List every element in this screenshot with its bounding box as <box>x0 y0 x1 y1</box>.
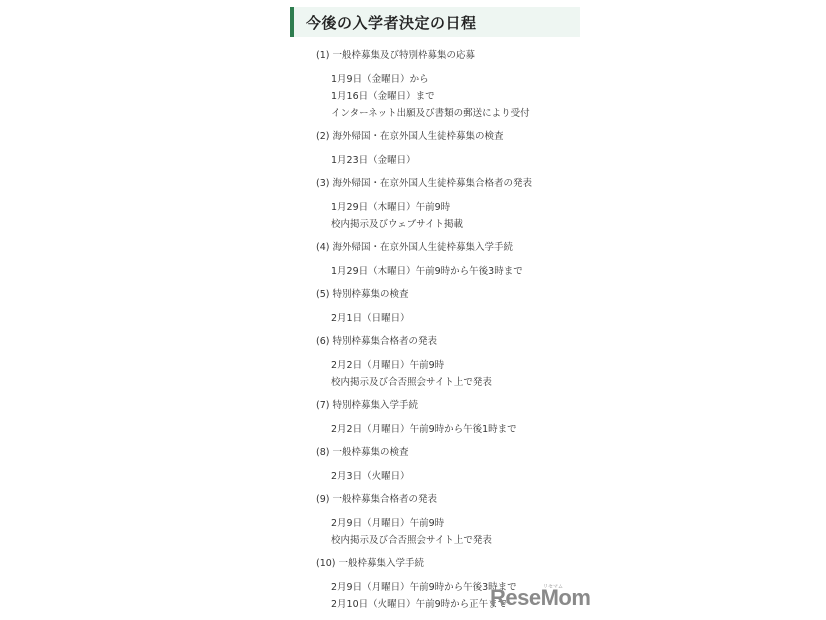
schedule-item-details: 1月29日（木曜日）午前9時 校内掲示及びウェブサイト掲載 <box>316 199 616 233</box>
schedule-item-number: (10) <box>316 556 336 572</box>
schedule-item-label: 一般枠募集入学手続 <box>339 558 425 569</box>
schedule-item: (5)特別枠募集の検査 2月1日（日曜日） <box>316 287 616 327</box>
schedule-item-details: 2月1日（日曜日） <box>316 310 616 327</box>
schedule-item: (8)一般枠募集の検査 2月3日（火曜日） <box>316 445 616 485</box>
schedule-item: (6)特別枠募集合格者の発表 2月2日（月曜日）午前9時 校内掲示及び合否照会サ… <box>316 334 616 391</box>
schedule-item-details: 2月3日（火曜日） <box>316 468 616 485</box>
resemom-watermark-ruby: リセマム <box>543 583 563 590</box>
schedule-detail-line: 1月9日（金曜日）から <box>331 71 616 88</box>
schedule-item-title: (3)海外帰国・在京外国人生徒枠募集合格者の発表 <box>316 176 616 192</box>
schedule-item-details: 2月2日（月曜日）午前9時 校内掲示及び合否照会サイト上で発表 <box>316 357 616 391</box>
schedule-item-title: (5)特別枠募集の検査 <box>316 287 616 303</box>
schedule-item-label: 特別枠募集の検査 <box>332 289 408 300</box>
schedule-detail-line: 2月3日（火曜日） <box>331 468 616 485</box>
section-heading-title: 今後の入学者決定の日程 <box>306 12 477 33</box>
schedule-item-title: (7)特別枠募集入学手続 <box>316 398 616 414</box>
schedule-detail-line: 1月23日（金曜日） <box>331 152 616 169</box>
schedule-item-title: (6)特別枠募集合格者の発表 <box>316 334 616 350</box>
schedule-detail-line: 校内掲示及びウェブサイト掲載 <box>331 216 616 233</box>
schedule-item-label: 特別枠募集合格者の発表 <box>332 336 437 347</box>
section-heading: 今後の入学者決定の日程 <box>290 7 580 37</box>
schedule-item-number: (5) <box>316 287 329 303</box>
schedule-item: (7)特別枠募集入学手続 2月2日（月曜日）午前9時から午後1時まで <box>316 398 616 438</box>
schedule-item-label: 特別枠募集入学手続 <box>332 400 418 411</box>
schedule-item-label: 海外帰国・在京外国人生徒枠募集の検査 <box>332 131 503 142</box>
schedule-detail-line: 2月2日（月曜日）午前9時 <box>331 357 616 374</box>
schedule-item-label: 一般枠募集及び特別枠募集の応募 <box>332 50 475 61</box>
schedule-item-label: 一般枠募集合格者の発表 <box>332 494 437 505</box>
schedule-item-title: (4)海外帰国・在京外国人生徒枠募集入学手続 <box>316 240 616 256</box>
schedule-item: (4)海外帰国・在京外国人生徒枠募集入学手続 1月29日（木曜日）午前9時から午… <box>316 240 616 280</box>
schedule-detail-line: 校内掲示及び合否照会サイト上で発表 <box>331 374 616 391</box>
schedule-item: (9)一般枠募集合格者の発表 2月9日（月曜日）午前9時 校内掲示及び合否照会サ… <box>316 492 616 549</box>
schedule-item-title: (8)一般枠募集の検査 <box>316 445 616 461</box>
schedule-item-number: (3) <box>316 176 329 192</box>
schedule-item-details: 2月9日（月曜日）午前9時 校内掲示及び合否照会サイト上で発表 <box>316 515 616 549</box>
schedule-item-label: 海外帰国・在京外国人生徒枠募集合格者の発表 <box>332 178 532 189</box>
schedule-item-number: (1) <box>316 48 329 64</box>
schedule-item: (1)一般枠募集及び特別枠募集の応募 1月9日（金曜日）から 1月16日（金曜日… <box>316 48 616 122</box>
schedule-item-details: 1月29日（木曜日）午前9時から午後3時まで <box>316 263 616 280</box>
schedule-item-number: (2) <box>316 129 329 145</box>
schedule-item-title: (1)一般枠募集及び特別枠募集の応募 <box>316 48 616 64</box>
schedule-item-label: 海外帰国・在京外国人生徒枠募集入学手続 <box>332 242 513 253</box>
schedule-list: (1)一般枠募集及び特別枠募集の応募 1月9日（金曜日）から 1月16日（金曜日… <box>316 48 616 620</box>
schedule-item-number: (9) <box>316 492 329 508</box>
schedule-item-number: (7) <box>316 398 329 414</box>
schedule-item: (3)海外帰国・在京外国人生徒枠募集合格者の発表 1月29日（木曜日）午前9時 … <box>316 176 616 233</box>
schedule-item-details: 1月23日（金曜日） <box>316 152 616 169</box>
schedule-item-label: 一般枠募集の検査 <box>332 447 408 458</box>
schedule-detail-line: 校内掲示及び合否照会サイト上で発表 <box>331 532 616 549</box>
schedule-detail-line: インターネット出願及び書類の郵送により受付 <box>331 105 616 122</box>
schedule-detail-line: 2月2日（月曜日）午前9時から午後1時まで <box>331 421 616 438</box>
schedule-detail-line: 2月9日（月曜日）午前9時 <box>331 515 616 532</box>
schedule-item-title: (10)一般枠募集入学手続 <box>316 556 616 572</box>
schedule-item-title: (2)海外帰国・在京外国人生徒枠募集の検査 <box>316 129 616 145</box>
schedule-item-number: (8) <box>316 445 329 461</box>
schedule-item-details: 1月9日（金曜日）から 1月16日（金曜日）まで インターネット出願及び書類の郵… <box>316 71 616 122</box>
schedule-item-title: (9)一般枠募集合格者の発表 <box>316 492 616 508</box>
schedule-detail-line: 1月29日（木曜日）午前9時から午後3時まで <box>331 263 616 280</box>
schedule-item-number: (6) <box>316 334 329 350</box>
schedule-item-details: 2月2日（月曜日）午前9時から午後1時まで <box>316 421 616 438</box>
schedule-item: (2)海外帰国・在京外国人生徒枠募集の検査 1月23日（金曜日） <box>316 129 616 169</box>
schedule-item-number: (4) <box>316 240 329 256</box>
resemom-watermark-logo: ReseMom <box>490 585 590 611</box>
schedule-detail-line: 1月16日（金曜日）まで <box>331 88 616 105</box>
schedule-detail-line: 1月29日（木曜日）午前9時 <box>331 199 616 216</box>
schedule-detail-line: 2月1日（日曜日） <box>331 310 616 327</box>
